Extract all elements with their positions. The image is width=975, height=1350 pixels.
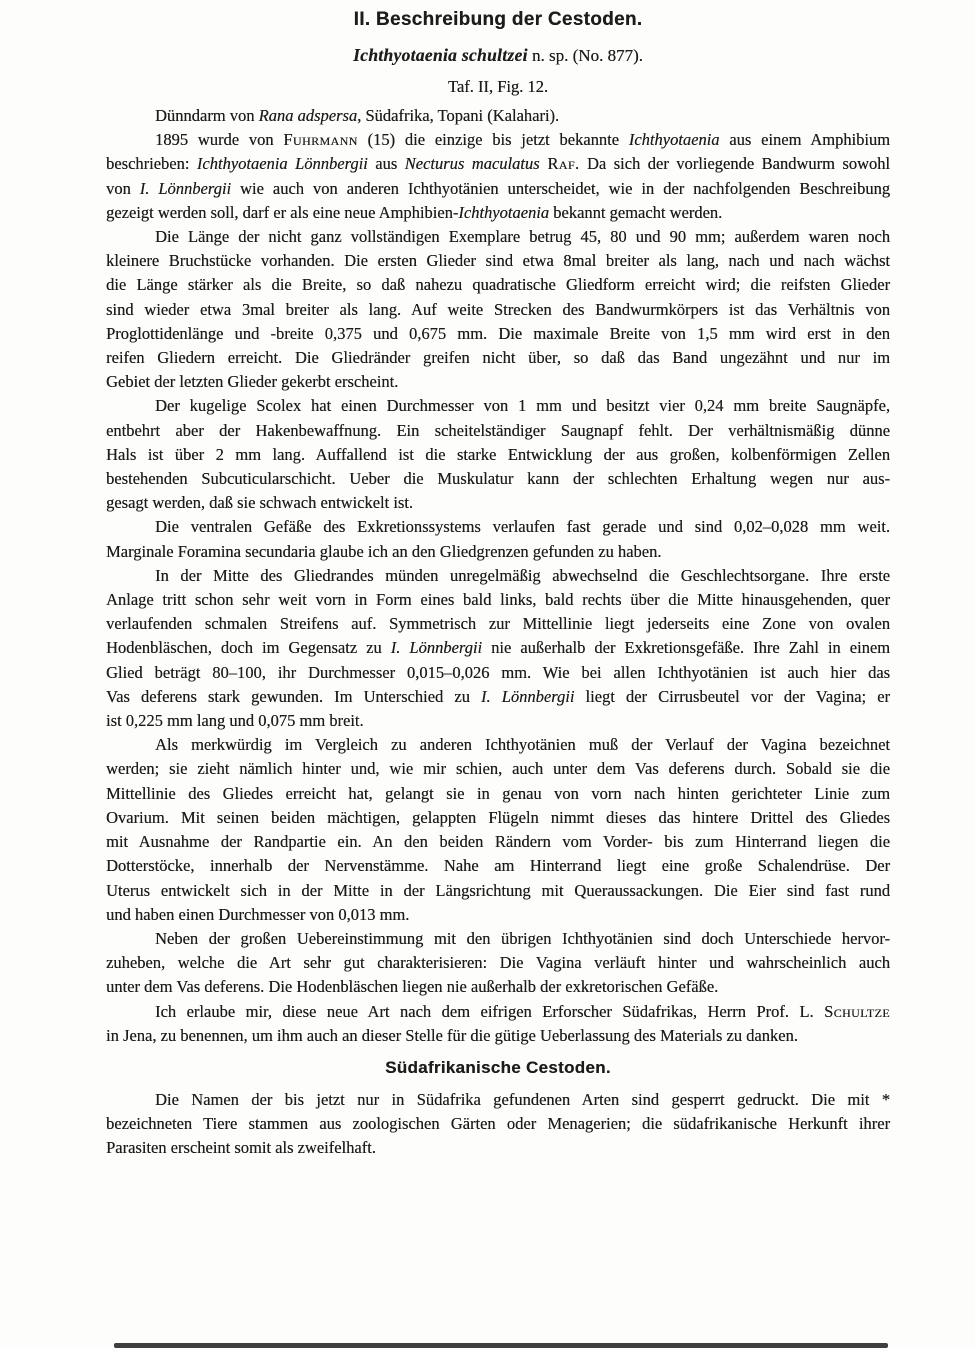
italic-taxon-text: I. Lönnbergii xyxy=(140,179,231,198)
text-run: entbehrt aber der Hakenbewaffnung. Ein s… xyxy=(106,421,890,440)
paragraph: 1895 wurde von Fuhrmann (15) die einzige… xyxy=(106,128,890,225)
text-run: in Jena, zu benennen, um ihm auch an die… xyxy=(106,1026,798,1045)
text-line: entbehrt aber der Hakenbewaffnung. Ein s… xyxy=(106,419,890,443)
text-line: 1895 wurde von Fuhrmann (15) die einzige… xyxy=(106,128,890,152)
text-run: Vas deferens stark gewunden. Im Untersch… xyxy=(106,687,481,706)
scanned-page: II. Beschreibung der Cestoden. Ichthyota… xyxy=(0,0,975,1350)
text-run: aus xyxy=(368,154,405,173)
text-run: Neben der großen Uebereinstimmung mit de… xyxy=(155,929,890,948)
text-line: verlaufenden schmalen Streifens auf. Sym… xyxy=(106,612,890,636)
italic-taxon-text: Ichthyotaenia xyxy=(629,130,720,149)
text-line: gezeigt werden soll, darf er als eine ne… xyxy=(106,201,890,225)
text-line: Die Länge der nicht ganz vollständigen E… xyxy=(106,225,890,249)
text-run: Ich erlaube mir, diese neue Art nach dem… xyxy=(155,1002,824,1021)
text-run: reifen Gliedern erreicht. Die Gliedrände… xyxy=(106,348,890,367)
paragraph: Die Namen der bis jetzt nur in Südafrika… xyxy=(106,1088,890,1161)
figure-caption: Taf. II, Fig. 12. xyxy=(106,76,890,98)
paragraph: In der Mitte des Gliedrandes münden unre… xyxy=(106,564,890,733)
text-line: werden; sie zieht nämlich hinter und, wi… xyxy=(106,757,890,781)
species-suffix: n. sp. (No. 877). xyxy=(528,46,643,65)
text-line: Vas deferens stark gewunden. Im Untersch… xyxy=(106,685,890,709)
text-run: liegt der Cirrusbeutel vor der Vagina; e… xyxy=(574,687,890,706)
text-run: mit Ausnahme der Randpartie ein. An den … xyxy=(106,832,890,851)
text-run: unter dem Vas deferens. Die Hodenbläsche… xyxy=(106,977,718,996)
text-run: Anlage tritt schon sehr weit vorn in For… xyxy=(106,590,890,609)
italic-taxon-text: Rana adspersa xyxy=(259,106,358,125)
text-run: bezeichneten Tiere stammen aus zoologisc… xyxy=(106,1114,890,1133)
text-run: Die Namen der bis jetzt nur in Südafrika… xyxy=(155,1090,890,1109)
text-line: Uterus entwickelt sich in der Mitte in d… xyxy=(106,879,890,903)
text-run: kleinere Bruchstücke vorhanden. Die erst… xyxy=(106,251,890,270)
text-line: Glied beträgt 80–100, ihr Durchmesser 0,… xyxy=(106,661,890,685)
text-line: Parasiten erscheint somit als zweifelhaf… xyxy=(106,1136,890,1160)
text-run: Proglottidenlänge und -breite 0,375 und … xyxy=(106,324,890,343)
text-run: Die Länge der nicht ganz vollständigen E… xyxy=(155,227,890,246)
species-name: Ichthyotaenia schultzei xyxy=(353,45,528,65)
text-line: Neben der großen Uebereinstimmung mit de… xyxy=(106,927,890,951)
text-run: Parasiten erscheint somit als zweifelhaf… xyxy=(106,1138,376,1157)
text-line: Die ventralen Gefäße des Exkretionssyste… xyxy=(106,515,890,539)
text-run: Marginale Foramina secundaria glaube ich… xyxy=(106,542,661,561)
text-line: beschrieben: Ichthyotaenia Lönnbergii au… xyxy=(106,152,890,176)
text-line: ist 0,225 mm lang und 0,075 mm breit. xyxy=(106,709,890,733)
text-line: Hodenbläschen, doch im Gegensatz zu I. L… xyxy=(106,636,890,660)
text-line: unter dem Vas deferens. Die Hodenbläsche… xyxy=(106,975,890,999)
text-line: gesagt werden, daß sie schwach entwickel… xyxy=(106,491,890,515)
italic-taxon-text: Necturus maculatus xyxy=(405,154,540,173)
text-run: verlaufenden schmalen Streifens auf. Sym… xyxy=(106,614,890,633)
text-line: Der kugelige Scolex hat einen Durchmesse… xyxy=(106,394,890,418)
scan-artifact-bar xyxy=(114,1343,888,1348)
text-run: bestehenden Subcuticularschicht. Ueber d… xyxy=(106,469,890,488)
text-line: Mittellinie des Gliedes erreicht hat, ge… xyxy=(106,782,890,806)
text-line: und haben einen Durchmesser von 0,013 mm… xyxy=(106,903,890,927)
text-line: Hals ist über 2 mm lang. Auffallend ist … xyxy=(106,443,890,467)
text-line: Dünndarm von Rana adspersa, Südafrika, T… xyxy=(106,104,890,128)
text-run: Da sich der vorliegende Bandwurm sowohl xyxy=(579,154,890,173)
smallcaps-author-name: Schultze xyxy=(824,1002,890,1021)
text-run: von xyxy=(106,179,140,198)
text-line: Anlage tritt schon sehr weit vorn in For… xyxy=(106,588,890,612)
text-run: sind wieder etwa 3mal breiter als lang. … xyxy=(106,300,890,319)
text-run: Gebiet der letzten Glieder gekerbt ersch… xyxy=(106,372,398,391)
text-line: zuheben, welche die Art sehr gut charakt… xyxy=(106,951,890,975)
text-run: ist 0,225 mm lang und 0,075 mm breit. xyxy=(106,711,364,730)
italic-taxon-text: Ichthyotaenia xyxy=(458,203,549,222)
text-run: Als merkwürdig im Vergleich zu anderen I… xyxy=(155,735,890,754)
text-line: bestehenden Subcuticularschicht. Ueber d… xyxy=(106,467,890,491)
text-line: Marginale Foramina secundaria glaube ich… xyxy=(106,540,890,564)
paragraph: Die ventralen Gefäße des Exkretionssyste… xyxy=(106,515,890,563)
text-run: , Südafrika, Topani (Kalahari). xyxy=(357,106,559,125)
text-run: zuheben, welche die Art sehr gut charakt… xyxy=(106,953,890,972)
species-heading: Ichthyotaenia schultzei n. sp. (No. 877)… xyxy=(106,44,890,67)
text-run: und haben einen Durchmesser von 0,013 mm… xyxy=(106,905,409,924)
text-run: die Länge stärker als die Breite, so daß… xyxy=(106,275,890,294)
text-run: Hodenbläschen, doch im Gegensatz zu xyxy=(106,638,391,657)
smallcaps-author-name: Raf. xyxy=(540,154,580,173)
paragraph: Der kugelige Scolex hat einen Durchmesse… xyxy=(106,394,890,515)
text-line: Gebiet der letzten Glieder gekerbt ersch… xyxy=(106,370,890,394)
text-run: gezeigt werden soll, darf er als eine ne… xyxy=(106,203,458,222)
paragraph: Ich erlaube mir, diese neue Art nach dem… xyxy=(106,1000,890,1048)
text-run: Hals ist über 2 mm lang. Auffallend ist … xyxy=(106,445,890,464)
text-run: gesagt werden, daß sie schwach entwickel… xyxy=(106,493,413,512)
text-line: Dotterstöcke, innerhalb der Nervenstämme… xyxy=(106,854,890,878)
text-run: Der kugelige Scolex hat einen Durchmesse… xyxy=(155,396,890,415)
text-line: kleinere Bruchstücke vorhanden. Die erst… xyxy=(106,249,890,273)
text-line: reifen Gliedern erreicht. Die Gliedrände… xyxy=(106,346,890,370)
paragraph: Dünndarm von Rana adspersa, Südafrika, T… xyxy=(106,104,890,128)
italic-taxon-text: Ichthyotaenia Lönnbergii xyxy=(197,154,368,173)
text-block: II. Beschreibung der Cestoden. Ichthyota… xyxy=(106,7,890,1161)
text-run: wie auch von anderen Ichthyotänien unter… xyxy=(231,179,890,198)
text-line: von I. Lönnbergii wie auch von anderen I… xyxy=(106,177,890,201)
text-line: in Jena, zu benennen, um ihm auch an die… xyxy=(106,1024,890,1048)
text-line: die Länge stärker als die Breite, so daß… xyxy=(106,273,890,297)
text-run: 1895 wurde von xyxy=(155,130,283,149)
closing-paragraphs: Die Namen der bis jetzt nur in Südafrika… xyxy=(106,1088,890,1161)
text-run: (15) die einzige bis jetzt bekannte xyxy=(358,130,629,149)
text-line: Die Namen der bis jetzt nur in Südafrika… xyxy=(106,1088,890,1112)
text-line: In der Mitte des Gliedrandes münden unre… xyxy=(106,564,890,588)
text-run: Dotterstöcke, innerhalb der Nervenstämme… xyxy=(106,856,890,875)
italic-taxon-text: I. Lönnbergii xyxy=(481,687,574,706)
text-line: Ich erlaube mir, diese neue Art nach dem… xyxy=(106,1000,890,1024)
text-run: Ovarium. Mit seinen beiden mächtigen, ge… xyxy=(106,808,890,827)
section-title: II. Beschreibung der Cestoden. xyxy=(106,7,890,32)
subsection-title: Südafrikanische Cestoden. xyxy=(106,1056,890,1079)
text-run: bekannt gemacht werden. xyxy=(549,203,722,222)
text-line: bezeichneten Tiere stammen aus zoologisc… xyxy=(106,1112,890,1136)
smallcaps-author-name: Fuhrmann xyxy=(283,130,357,149)
text-line: Als merkwürdig im Vergleich zu anderen I… xyxy=(106,733,890,757)
text-line: Proglottidenlänge und -breite 0,375 und … xyxy=(106,322,890,346)
text-run: beschrieben: xyxy=(106,154,197,173)
text-run: In der Mitte des Gliedrandes münden unre… xyxy=(155,566,890,585)
text-run: Glied beträgt 80–100, ihr Durchmesser 0,… xyxy=(106,663,890,682)
text-run: nie außerhalb der Exkretionsgefäße. Ihre… xyxy=(482,638,890,657)
text-run: Mittellinie des Gliedes erreicht hat, ge… xyxy=(106,784,890,803)
paragraph: Als merkwürdig im Vergleich zu anderen I… xyxy=(106,733,890,927)
main-paragraphs: Dünndarm von Rana adspersa, Südafrika, T… xyxy=(106,104,890,1048)
italic-taxon-text: I. Lönnbergii xyxy=(391,638,482,657)
text-run: aus einem Amphibium xyxy=(719,130,890,149)
text-line: sind wieder etwa 3mal breiter als lang. … xyxy=(106,298,890,322)
paragraph: Die Länge der nicht ganz vollständigen E… xyxy=(106,225,890,394)
text-line: Ovarium. Mit seinen beiden mächtigen, ge… xyxy=(106,806,890,830)
text-line: mit Ausnahme der Randpartie ein. An den … xyxy=(106,830,890,854)
text-run: werden; sie zieht nämlich hinter und, wi… xyxy=(106,759,890,778)
paragraph: Neben der großen Uebereinstimmung mit de… xyxy=(106,927,890,1000)
text-run: Dünndarm von xyxy=(155,106,259,125)
text-run: Uterus entwickelt sich in der Mitte in d… xyxy=(106,881,890,900)
text-run: Die ventralen Gefäße des Exkretionssyste… xyxy=(155,517,890,536)
